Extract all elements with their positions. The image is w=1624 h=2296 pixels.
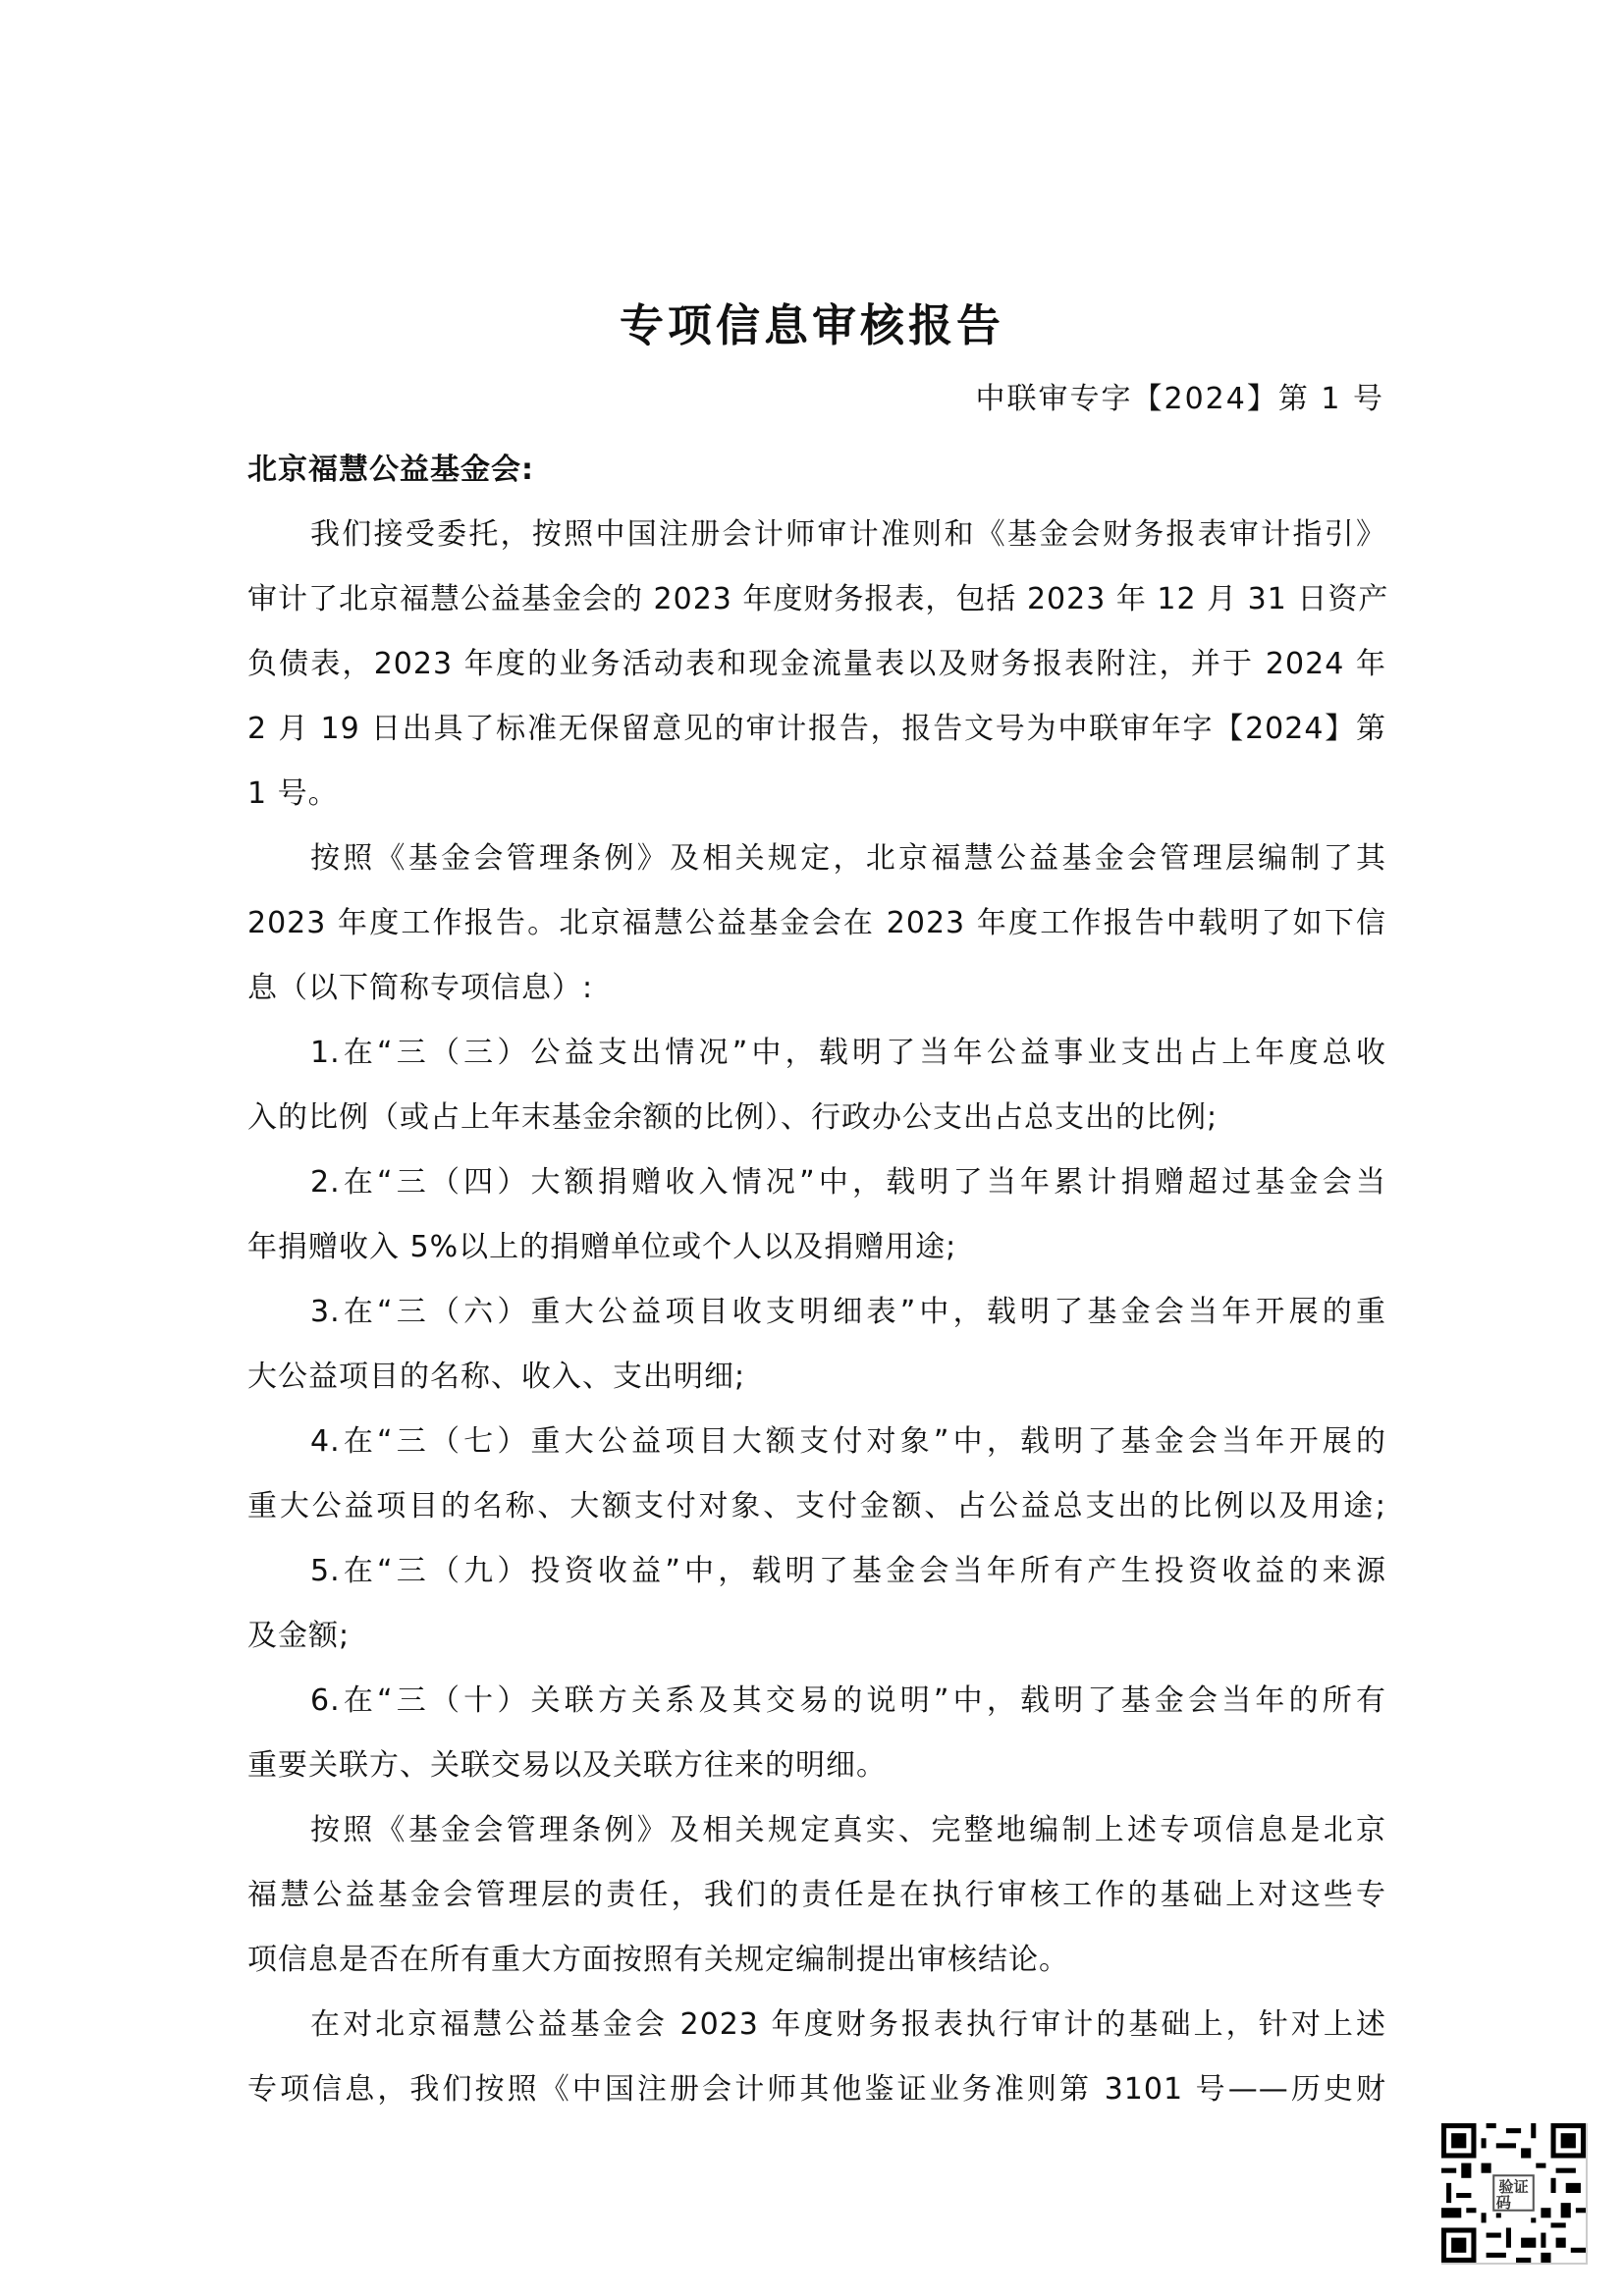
body-line: 重大公益项目的名称、大额支付对象、支付金额、占公益总支出的比例以及用途; <box>247 1474 1386 1539</box>
body-line: 3.在“三（六）重大公益项目收支明细表”中，载明了基金会当年开展的重 <box>247 1280 1386 1345</box>
body-line: 2.在“三（四）大额捐赠收入情况”中，载明了当年累计捐赠超过基金会当 <box>247 1150 1386 1215</box>
body-line: 2023 年度工作报告。北京福慧公益基金会在 2023 年度工作报告中载明了如下… <box>247 891 1386 956</box>
verification-qr-code[interactable]: 验证 码 <box>1441 2123 1588 2265</box>
body-line: 5.在“三（九）投资收益”中，载明了基金会当年所有产生投资收益的来源 <box>247 1539 1386 1604</box>
body-line: 2 月 19 日出具了标准无保留意见的审计报告，报告文号为中联审年字【2024】… <box>247 697 1386 762</box>
body-line: 4.在“三（七）重大公益项目大额支付对象”中，载明了基金会当年开展的 <box>247 1410 1386 1474</box>
body-line: 专项信息，我们按照《中国注册会计师其他鉴证业务准则第 3101 号——历史财 <box>247 2057 1386 2122</box>
body-line: 项信息是否在所有重大方面按照有关规定编制提出审核结论。 <box>247 1928 1386 1993</box>
qr-code-icon: 验证 码 <box>1441 2123 1586 2263</box>
body-line: 审计了北京福慧公益基金会的 2023 年度财务报表，包括 2023 年 12 月… <box>247 567 1386 632</box>
report-body: 北京福慧公益基金会: 我们接受委托，按照中国注册会计师审计准则和《基金会财务报表… <box>247 438 1386 2122</box>
body-line: 入的比例（或占上年末基金余额的比例）、行政办公支出占总支出的比例; <box>247 1086 1386 1150</box>
body-line: 按照《基金会管理条例》及相关规定，北京福慧公益基金会管理层编制了其 <box>247 827 1386 891</box>
body-line: 及金额; <box>247 1604 1386 1669</box>
body-line: 年捐赠收入 5%以上的捐赠单位或个人以及捐赠用途; <box>247 1215 1386 1280</box>
qr-center-label-bottom: 码 <box>1496 2194 1512 2212</box>
body-line: 负债表，2023 年度的业务活动表和现金流量表以及财务报表附注，并于 2024 … <box>247 632 1386 697</box>
body-line: 大公益项目的名称、收入、支出明细; <box>247 1345 1386 1410</box>
body-lines: 我们接受委托，按照中国注册会计师审计准则和《基金会财务报表审计指引》审计了北京福… <box>247 503 1386 2122</box>
body-line: 息（以下简称专项信息）: <box>247 956 1386 1021</box>
body-line: 在对北京福慧公益基金会 2023 年度财务报表执行审计的基础上，针对上述 <box>247 1993 1386 2057</box>
report-title: 专项信息审核报告 <box>0 294 1624 357</box>
body-line: 1.在“三（三）公益支出情况”中，载明了当年公益事业支出占上年度总收 <box>247 1021 1386 1086</box>
body-line: 1 号。 <box>247 762 1386 827</box>
body-line: 按照《基金会管理条例》及相关规定真实、完整地编制上述专项信息是北京 <box>247 1798 1386 1863</box>
body-line: 我们接受委托，按照中国注册会计师审计准则和《基金会财务报表审计指引》 <box>247 503 1386 567</box>
body-line: 福慧公益基金会管理层的责任，我们的责任是在执行审核工作的基础上对这些专 <box>247 1863 1386 1928</box>
body-line: 6.在“三（十）关联方关系及其交易的说明”中，载明了基金会当年的所有 <box>247 1669 1386 1734</box>
body-line: 重要关联方、关联交易以及关联方往来的明细。 <box>247 1734 1386 1798</box>
document-number: 中联审专字【2024】第 1 号 <box>975 375 1384 424</box>
salutation: 北京福慧公益基金会: <box>247 438 1386 503</box>
